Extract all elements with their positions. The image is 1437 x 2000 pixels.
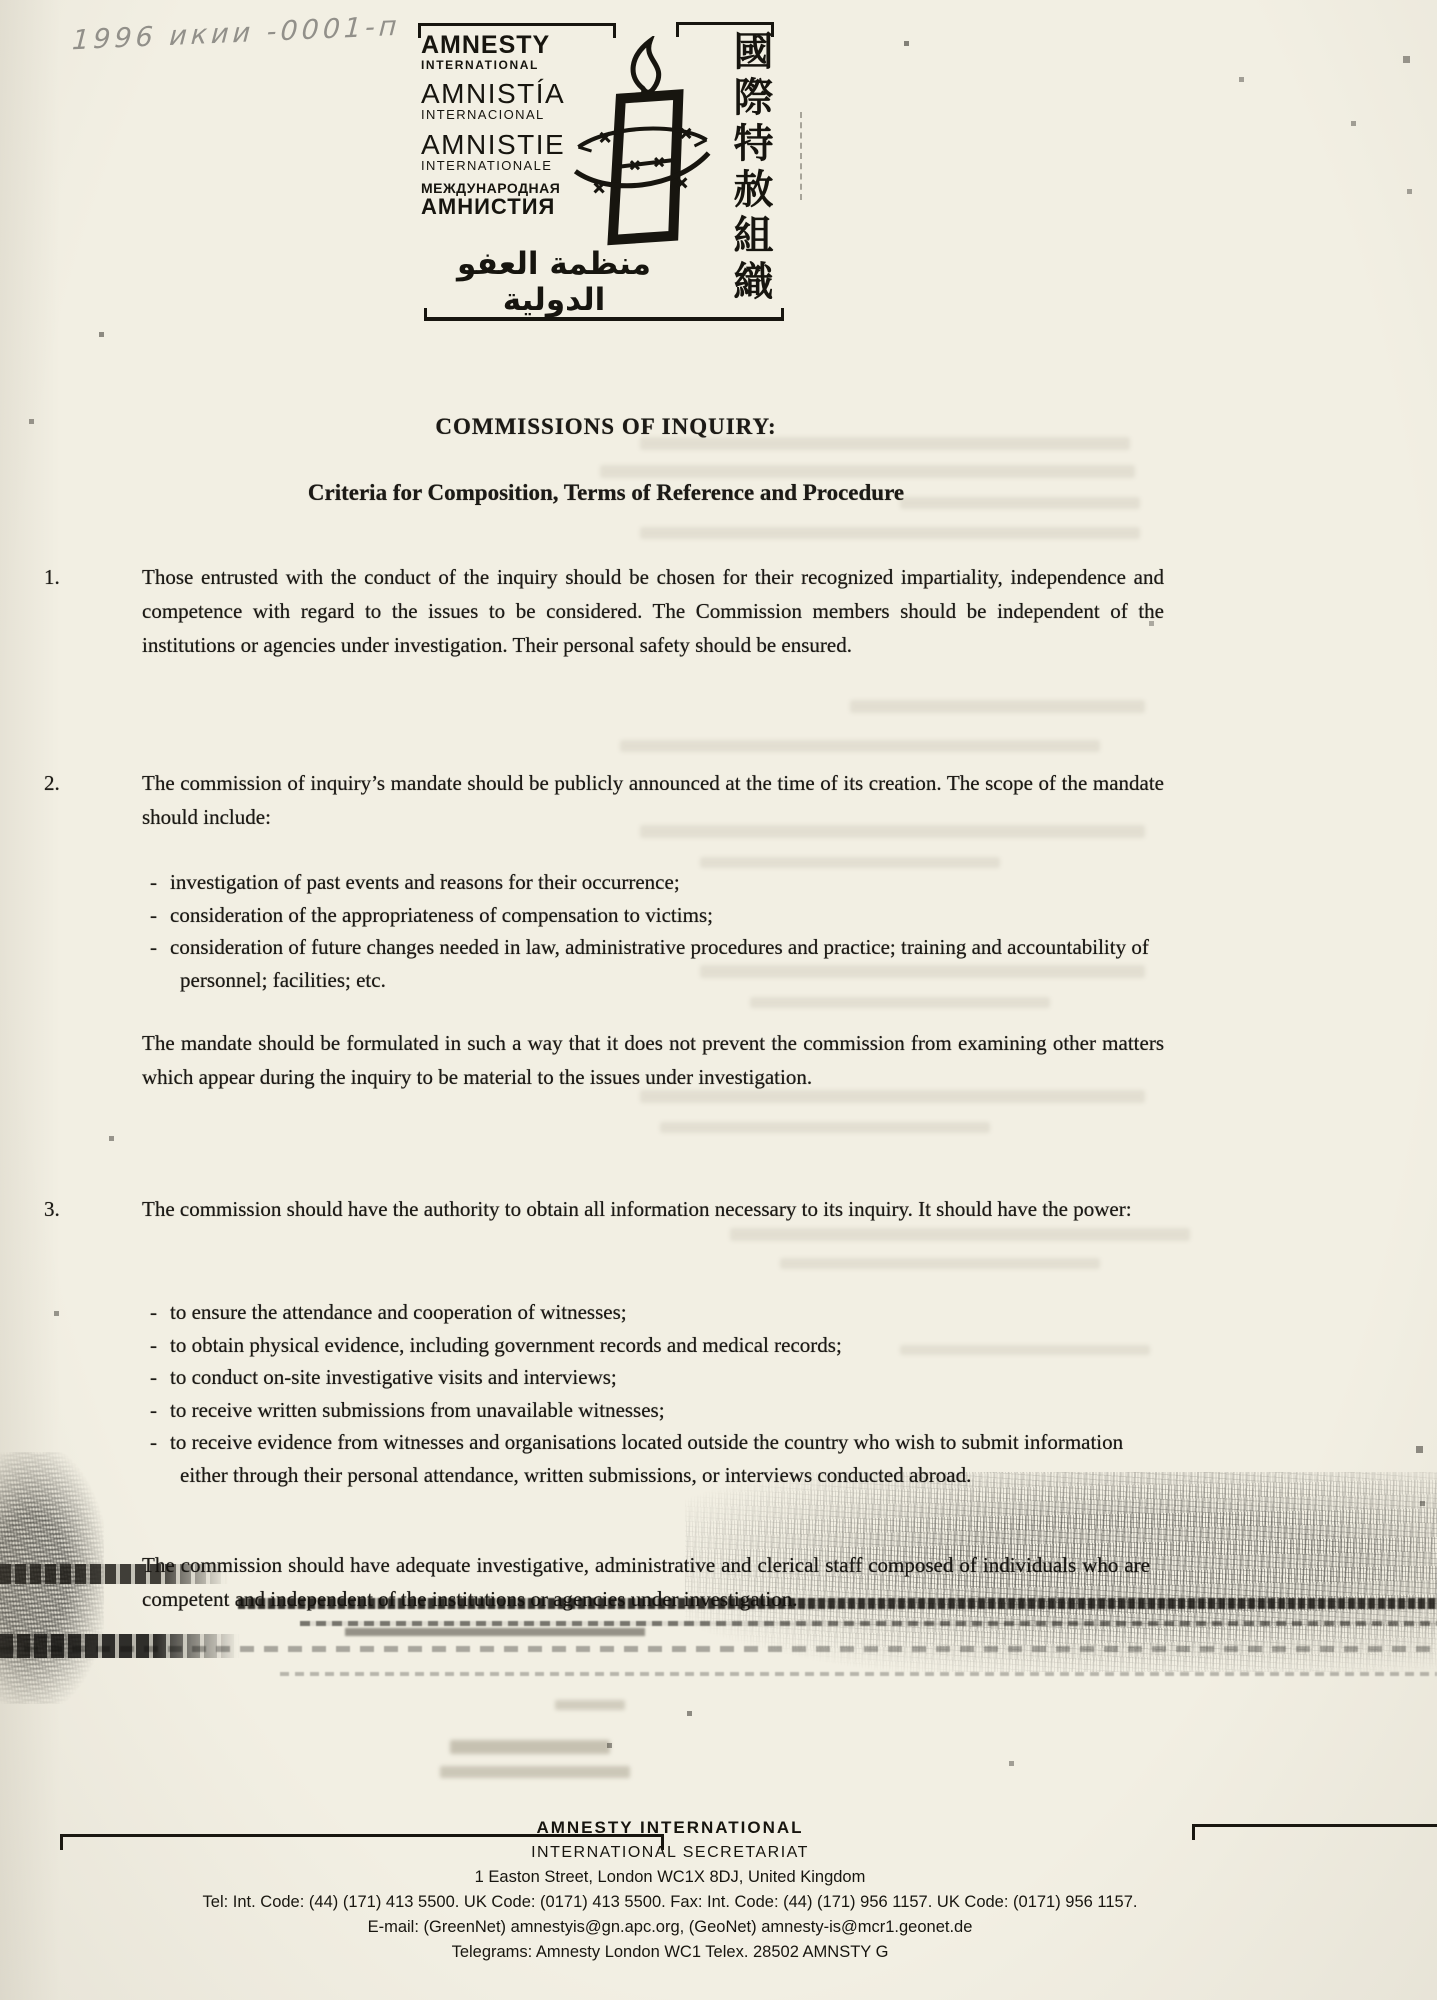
bleedthrough-text (730, 1228, 1190, 1241)
bleedthrough-text (555, 1700, 625, 1710)
bleedthrough-text (440, 1766, 630, 1778)
logo-name-french: AMNISTIE INTERNATIONALE (421, 131, 581, 173)
letterhead-footer: AMNESTY INTERNATIONAL INTERNATIONAL SECR… (0, 1818, 1340, 1968)
logo-name-chinese: 國際特赦組織 (722, 30, 779, 308)
commission-powers-list: to ensure the attendance and cooperation… (142, 1296, 1132, 1491)
footer-org-name: AMNESTY INTERNATIONAL (0, 1818, 1340, 1838)
logo-name-english-main: AMNESTY (421, 33, 581, 59)
logo-frame-line (424, 308, 784, 321)
footer-secretariat: INTERNATIONAL SECRETARIAT (0, 1844, 1340, 1862)
logo-name-spanish-main: AMNISTÍA (421, 80, 581, 109)
footer-telegrams-telex: Telegrams: Amnesty London WC1 Telex. 285… (0, 1943, 1340, 1962)
list-item: to conduct on-site investigative visits … (142, 1361, 1132, 1394)
logo-name-english: AMNESTY INTERNATIONAL (421, 33, 581, 71)
page-subtitle: Criteria for Composition, Terms of Refer… (308, 480, 904, 505)
bleedthrough-text (660, 1122, 990, 1133)
bleedthrough-text (700, 857, 1000, 868)
scan-smudge (345, 1628, 645, 1636)
logo-name-spanish: AMNISTÍA INTERNACIONAL (421, 80, 581, 122)
section-text: Those entrusted with the conduct of the … (142, 565, 1164, 657)
logo-name-russian: МЕЖДУНАРОДНАЯ АМНИСТИЯ (421, 181, 581, 218)
bleedthrough-text (850, 700, 1145, 713)
scan-noise (0, 1452, 104, 1704)
bleedthrough-text (900, 1345, 1150, 1355)
bleedthrough-text (600, 465, 1135, 478)
section-text: The commission should have the authority… (142, 1197, 1132, 1221)
scanned-document-page: 1996 икии -0001-п AMNESTY INTERNATIONAL … (0, 0, 1437, 2000)
section-text: The commission of inquiry’s mandate shou… (142, 771, 1164, 829)
candle-barbed-wire-icon (572, 36, 714, 256)
scan-mark (800, 112, 802, 200)
scan-streak (0, 1646, 1437, 1652)
logo-name-english-sub: INTERNATIONAL (421, 59, 581, 71)
bleedthrough-text (640, 825, 1145, 838)
scan-streak (238, 1598, 1437, 1609)
bleedthrough-text (750, 997, 1050, 1008)
footer-email: E-mail: (GreenNet) amnestyis@gn.apc.org,… (0, 1918, 1340, 1937)
bleedthrough-text (640, 1090, 1145, 1103)
bleedthrough-text (700, 965, 1145, 978)
bleedthrough-text (640, 437, 1130, 450)
section-number: 3. (44, 1192, 60, 1226)
bleedthrough-text (640, 527, 1140, 539)
footer-phone-fax: Tel: Int. Code: (44) (171) 413 5500. UK … (0, 1893, 1340, 1912)
logo-language-names: AMNESTY INTERNATIONAL AMNISTÍA INTERNACI… (421, 33, 581, 227)
list-item: investigation of past events and reasons… (142, 866, 1152, 899)
bleedthrough-text (450, 1740, 610, 1754)
scan-streak (280, 1672, 1437, 1676)
footer-address: 1 Easton Street, London WC1X 8DJ, United… (0, 1868, 1340, 1887)
mandate-formulation-paragraph: The mandate should be formulated in such… (142, 1026, 1164, 1094)
numbered-section-3: 3. The commission should have the author… (142, 1192, 1164, 1226)
section-number: 2. (44, 766, 60, 800)
logo-name-russian-main: АМНИСТИЯ (421, 196, 581, 218)
logo-name-french-sub: INTERNATIONALE (421, 159, 581, 172)
scan-specks (0, 0, 3, 3)
list-item: to receive evidence from witnesses and o… (142, 1426, 1132, 1491)
page-title: COMMISSIONS OF INQUIRY: (435, 414, 776, 439)
section-number: 1. (44, 560, 60, 594)
logo-name-spanish-sub: INTERNACIONAL (421, 108, 581, 121)
bleedthrough-text (620, 740, 1100, 752)
bleedthrough-text (900, 497, 1140, 509)
scan-streak (300, 1621, 1437, 1626)
numbered-section-2: 2. The commission of inquiry’s mandate s… (142, 766, 1164, 834)
list-item: to receive written submissions from unav… (142, 1394, 1132, 1427)
logo-name-french-main: AMNISTIE (421, 131, 581, 160)
list-item: to ensure the attendance and cooperation… (142, 1296, 1132, 1329)
list-item: consideration of the appropriateness of … (142, 899, 1152, 932)
numbered-section-1: 1. Those entrusted with the conduct of t… (142, 560, 1164, 662)
bleedthrough-text (780, 1258, 1100, 1269)
amnesty-logo: AMNESTY INTERNATIONAL AMNISTÍA INTERNACI… (0, 0, 1437, 340)
list-item: consideration of future changes needed i… (142, 931, 1152, 996)
